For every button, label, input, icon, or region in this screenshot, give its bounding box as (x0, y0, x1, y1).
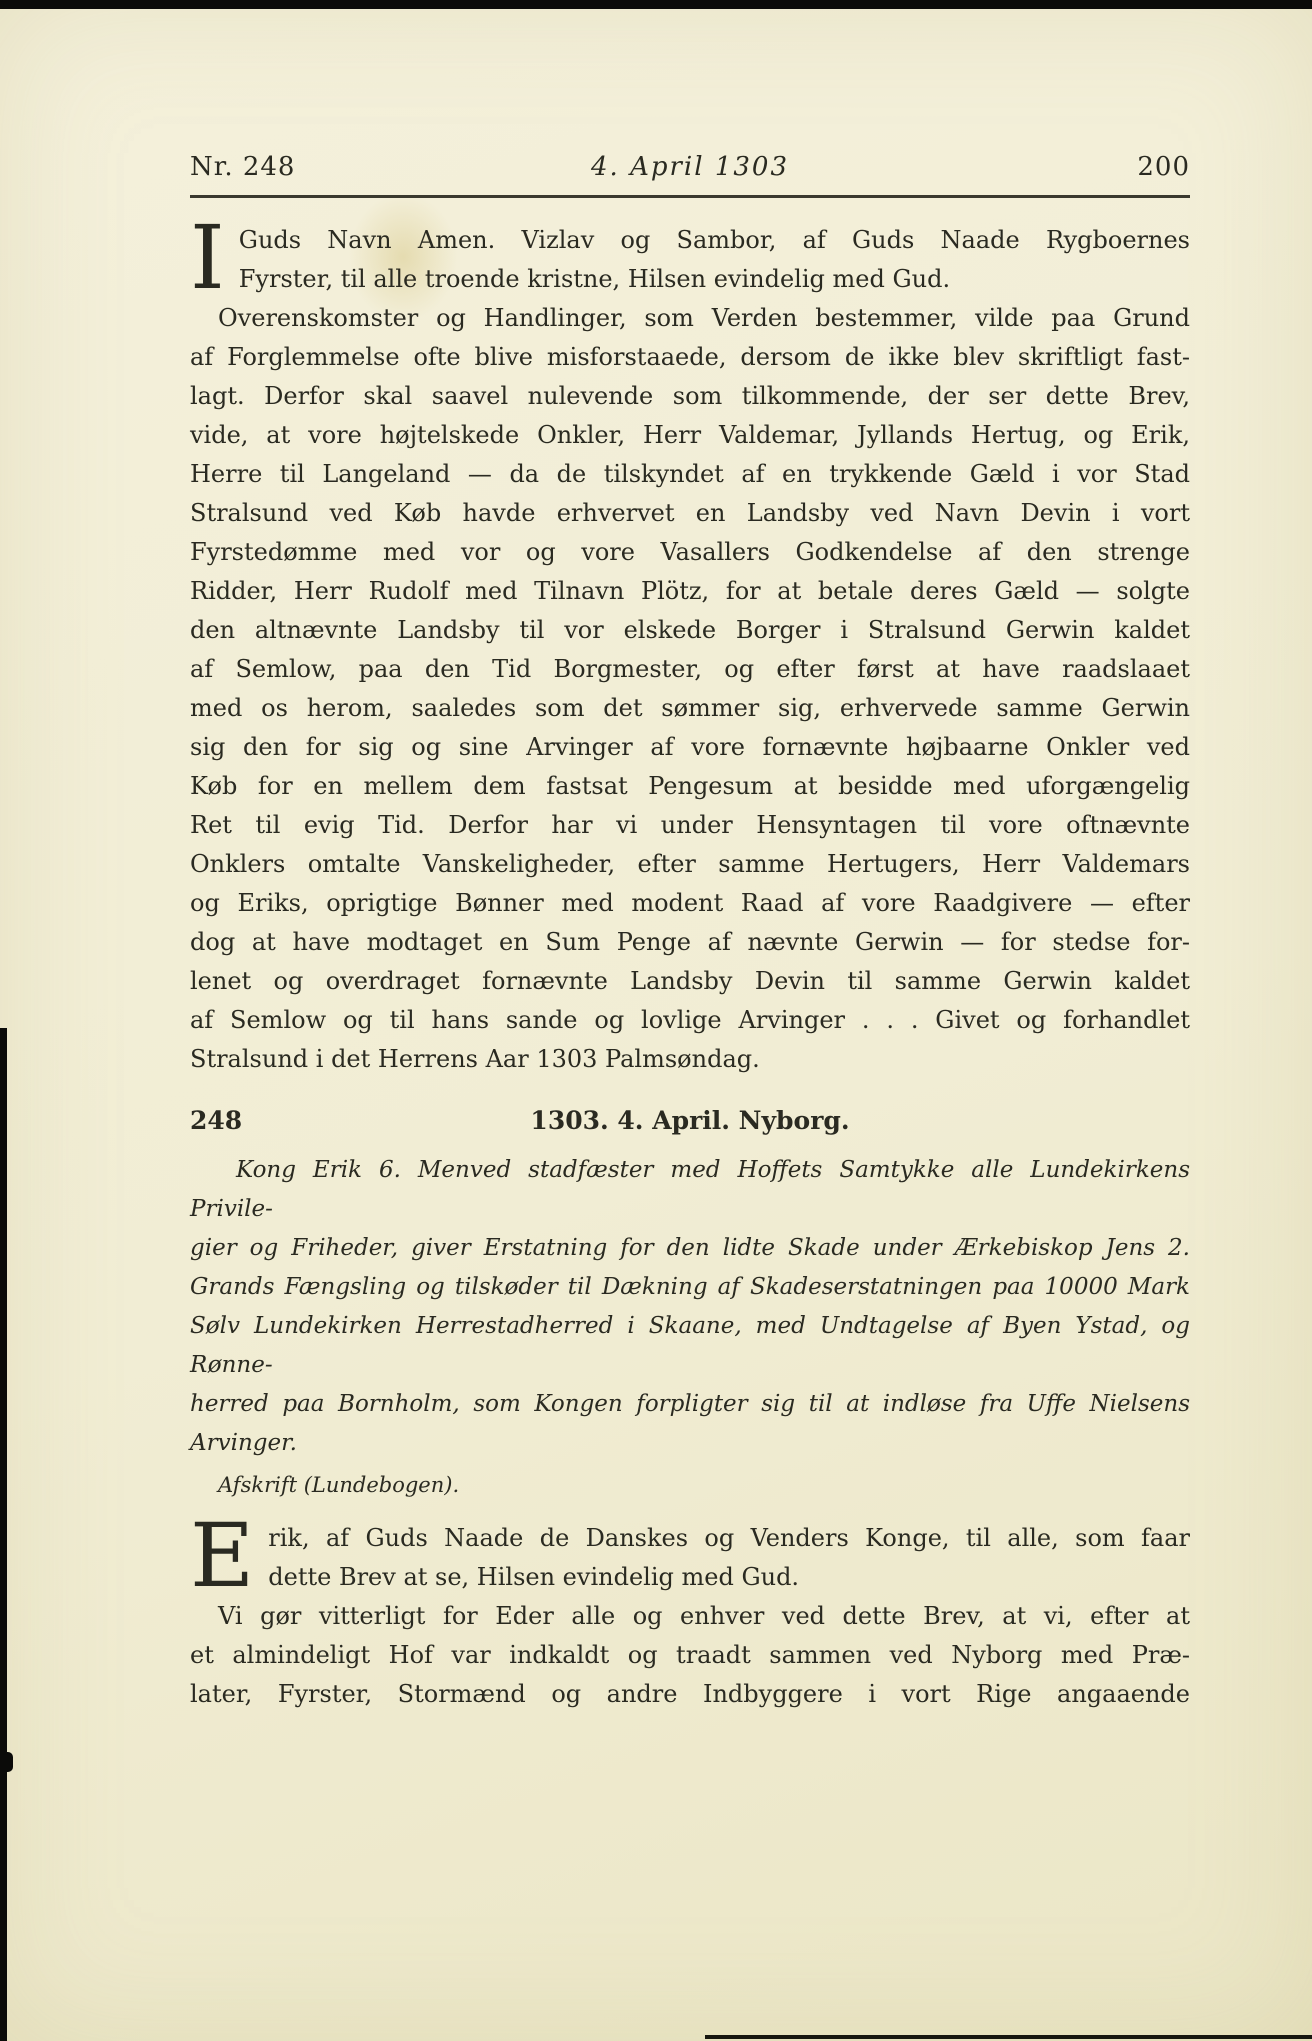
dropcap-e: E (190, 1517, 254, 1595)
text-line: later, Fyrster, Stormænd og andre Indbyg… (190, 1675, 1190, 1714)
text-line: med os herom, saaledes som det sømmer si… (190, 689, 1190, 728)
entry-248-number: 248 (190, 1101, 242, 1141)
letter1-opening-lines: Guds Navn Amen. Vizlav og Sambor, af Gud… (190, 221, 1190, 299)
scan-edge-bottom (705, 2035, 1312, 2039)
text-line: og Eriks, oprigtige Bønner med modent Ra… (190, 884, 1190, 923)
text-line: Ret til evig Tid. Derfor har vi under He… (190, 806, 1190, 845)
text-line: den altnævnte Landsby til vor elskede Bo… (190, 611, 1190, 650)
text-line: Grands Fængsling og tilskøder til Dæknin… (190, 1268, 1190, 1307)
scan-edge-left (0, 1028, 7, 2041)
text-line: Stralsund ved Køb havde erhvervet en Lan… (190, 494, 1190, 533)
text-line: et almindeligt Hof var indkaldt og traad… (190, 1636, 1190, 1675)
entry-248-summary: Kong Erik 6. Menved stadfæster med Hoffe… (190, 1151, 1190, 1463)
entry-248-title: 1303. 4. April. Nyborg. (530, 1106, 849, 1135)
dropcap-i: I (190, 219, 225, 297)
text-line: af Forglemmelse ofte blive misforstaaede… (190, 338, 1190, 377)
text-line: Køb for en mellem dem fastsat Pengesum a… (190, 767, 1190, 806)
letter1-body-paragraph: Overenskomster og Handlinger, som Verden… (190, 299, 1190, 1079)
text-line: dog at have modtaget en Sum Penge af næv… (190, 923, 1190, 962)
letter2-opening-paragraph: E rik, af Guds Naade de Danskes og Vende… (190, 1519, 1190, 1597)
letter1-opening-paragraph: I Guds Navn Amen. Vizlav og Sambor, af G… (190, 221, 1190, 299)
scan-edge-notch (0, 1752, 13, 1772)
text-line: af Semlow, paa den Tid Borgmester, og ef… (190, 650, 1190, 689)
text-line: dette Brev at se, Hilsen evindelig med G… (190, 1558, 1190, 1597)
text-line: Fyrster, til alle troende kristne, Hilse… (190, 260, 1190, 299)
text-line: vide, at vore højtelskede Onkler, Herr V… (190, 416, 1190, 455)
header-rule (190, 195, 1190, 198)
text-line: Sølv Lundekirken Herrestadherred i Skaan… (190, 1307, 1190, 1385)
text-line: Stralsund i det Herrens Aar 1303 Palmsøn… (190, 1040, 1190, 1079)
text-line: Herre til Langeland — da de tilskyndet a… (190, 455, 1190, 494)
text-line: Fyrstedømme med vor og vore Vasallers Go… (190, 533, 1190, 572)
text-line: Ridder, Herr Rudolf med Tilnavn Plötz, f… (190, 572, 1190, 611)
book-page: Nr. 248 4. April 1303 200 I Guds Navn Am… (0, 0, 1312, 2041)
text-line: af Semlow og til hans sande og lovlige A… (190, 1001, 1190, 1040)
entry-248-source-note: Afskrift (Lundebogen). (190, 1469, 1190, 1501)
text-line: Kong Erik 6. Menved stadfæster med Hoffe… (190, 1151, 1190, 1229)
text-line: sig den for sig og sine Arvinger af vore… (190, 728, 1190, 767)
scan-edge-top (0, 0, 1312, 9)
text-line: Vi gør vitterligt for Eder alle og enhve… (190, 1597, 1190, 1636)
text-line: herred paa Bornholm, som Kongen forpligt… (190, 1385, 1190, 1424)
header-page-number: 200 (1137, 147, 1190, 187)
text-line: Onklers omtalte Vanskeligheder, efter sa… (190, 845, 1190, 884)
text-line: Overenskomster og Handlinger, som Verden… (190, 299, 1190, 338)
letter2-body-paragraph: Vi gør vitterligt for Eder alle og enhve… (190, 1597, 1190, 1714)
header-date: 4. April 1303 (190, 147, 1190, 187)
text-line: gier og Friheder, giver Erstatning for d… (190, 1229, 1190, 1268)
entry-248-heading-row: 248 1303. 4. April. Nyborg. (190, 1101, 1190, 1141)
text-line: lenet og overdraget fornævnte Landsby De… (190, 962, 1190, 1001)
text-line: Guds Navn Amen. Vizlav og Sambor, af Gud… (190, 221, 1190, 260)
text-line: rik, af Guds Naade de Danskes og Venders… (190, 1519, 1190, 1558)
text-line: Arvinger. (190, 1424, 1190, 1463)
letter2-opening-lines: rik, af Guds Naade de Danskes og Venders… (190, 1519, 1190, 1597)
page-content: Nr. 248 4. April 1303 200 I Guds Navn Am… (190, 147, 1190, 1714)
text-line: lagt. Derfor skal saavel nulevende som t… (190, 377, 1190, 416)
page-header: Nr. 248 4. April 1303 200 (190, 147, 1190, 187)
